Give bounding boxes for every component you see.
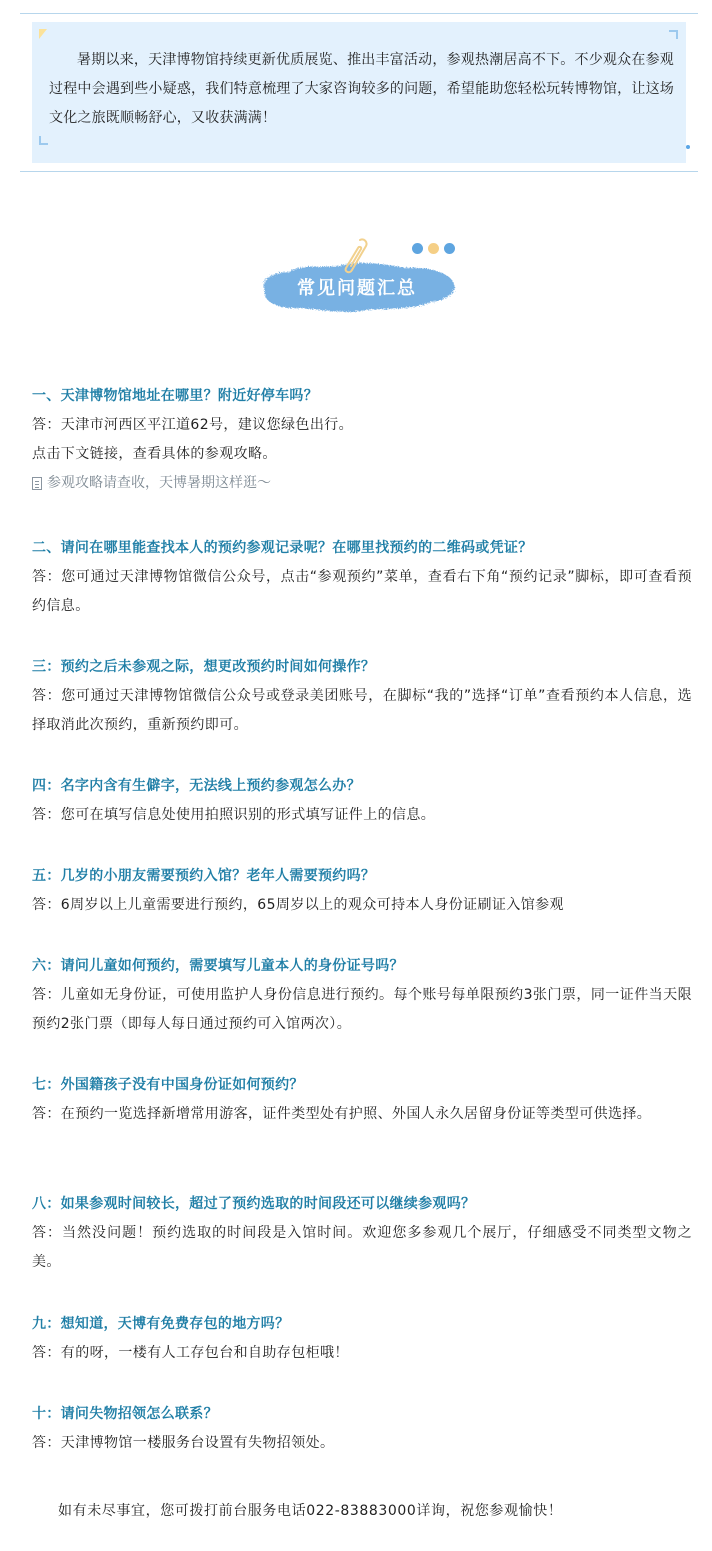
faq-item-4: 四：名字内含有生僻字，无法线上预约参观怎么办？ 答：您可在填写信息处使用拍照识别… xyxy=(32,776,692,830)
faq-item-9: 九：想知道，天博有免费存包的地方吗？ 答：有的呀，一楼有人工存包台和自助存包柜哦… xyxy=(32,1314,692,1368)
faq-item-5: 五：几岁的小朋友需要预约入馆？老年人需要预约吗？ 答：6周岁以上儿童需要进行预约… xyxy=(32,866,692,920)
corner-triangle-icon xyxy=(39,29,47,39)
faq-answer: 答：您可通过天津博物馆微信公众号，点击“参观预约”菜单，查看右下角“预约记录”脚… xyxy=(32,563,692,621)
section-title-banner: 常见问题汇总 xyxy=(252,232,462,322)
faq-question: 二、请问在哪里能查找本人的预约参观记录呢？在哪里找预约的二维码或凭证？ xyxy=(32,538,692,558)
decorative-dots xyxy=(412,243,455,254)
faq-answer: 答：天津博物馆一楼服务台设置有失物招领处。 xyxy=(32,1429,692,1458)
faq-question: 十：请问失物招领怎么联系？ xyxy=(32,1404,692,1424)
faq-answer: 答：6周岁以上儿童需要进行预约，65周岁以上的观众可持本人身份证刷证入馆参观 xyxy=(32,891,692,920)
dot-icon xyxy=(686,145,690,149)
guide-link[interactable]: 参观攻略请查收，天博暑期这样逛～ xyxy=(32,469,692,498)
faq-answer: 答：在预约一览选择新增常用游客，证件类型处有护照、外国人永久居留身份证等类型可供… xyxy=(32,1100,692,1129)
faq-item-3: 三：预约之后未参观之际，想更改预约时间如何操作？ 答：您可通过天津博物馆微信公众… xyxy=(32,657,692,740)
faq-question: 七：外国籍孩子没有中国身份证如何预约？ xyxy=(32,1075,692,1095)
intro-text: 暑期以来，天津博物馆持续更新优质展览、推出丰富活动，参观热潮居高不下。不少观众在… xyxy=(49,46,674,133)
intro-box: 暑期以来，天津博物馆持续更新优质展览、推出丰富活动，参观热潮居高不下。不少观众在… xyxy=(32,22,686,163)
faq-answer: 答：儿童如无身份证，可使用监护人身份信息进行预约。每个账号每单限预约3张门票，同… xyxy=(32,981,692,1039)
faq-question: 六：请问儿童如何预约，需要填写儿童本人的身份证号吗？ xyxy=(32,956,692,976)
divider-top xyxy=(20,13,698,14)
faq-item-7: 七：外国籍孩子没有中国身份证如何预约？ 答：在预约一览选择新增常用游客，证件类型… xyxy=(32,1075,692,1129)
corner-bracket-icon xyxy=(669,30,678,39)
faq-answer: 答：天津市河西区平江道62号，建议您绿色出行。 xyxy=(32,411,692,440)
faq-question: 五：几岁的小朋友需要预约入馆？老年人需要预约吗？ xyxy=(32,866,692,886)
faq-question: 一、天津博物馆地址在哪里？附近好停车吗？ xyxy=(32,386,692,406)
faq-answer: 答：当然没问题！预约选取的时间段是入馆时间。欢迎您多参观几个展厅，仔细感受不同类… xyxy=(32,1219,692,1277)
faq-answer: 答：您可通过天津博物馆微信公众号或登录美团账号，在脚标“我的”选择“订单”查看预… xyxy=(32,682,692,740)
corner-bracket-icon xyxy=(39,136,48,145)
divider-bottom xyxy=(20,171,698,172)
dot-icon xyxy=(412,243,423,254)
faq-item-6: 六：请问儿童如何预约，需要填写儿童本人的身份证号吗？ 答：儿童如无身份证，可使用… xyxy=(32,956,692,1039)
faq-answer: 答：有的呀，一楼有人工存包台和自助存包柜哦！ xyxy=(32,1339,692,1368)
faq-item-8: 八：如果参观时间较长，超过了预约选取的时间段还可以继续参观吗？ 答：当然没问题！… xyxy=(32,1194,692,1277)
faq-question: 九：想知道，天博有免费存包的地方吗？ xyxy=(32,1314,692,1334)
faq-item-2: 二、请问在哪里能查找本人的预约参观记录呢？在哪里找预约的二维码或凭证？ 答：您可… xyxy=(32,538,692,621)
guide-link-text[interactable]: 参观攻略请查收，天博暑期这样逛～ xyxy=(47,469,271,498)
faq-question: 四：名字内含有生僻字，无法线上预约参观怎么办？ xyxy=(32,776,692,796)
section-title: 常见问题汇总 xyxy=(252,274,462,300)
closing-note: 如有未尽事宜，您可拨打前台服务电话022-83883000详询，祝您参观愉快！ xyxy=(58,1500,562,1520)
faq-item-1: 一、天津博物馆地址在哪里？附近好停车吗？ 答：天津市河西区平江道62号，建议您绿… xyxy=(32,386,692,498)
intro-section: 暑期以来，天津博物馆持续更新优质展览、推出丰富活动，参观热潮居高不下。不少观众在… xyxy=(20,13,698,173)
paperclip-icon xyxy=(340,236,370,276)
dot-icon xyxy=(444,243,455,254)
faq-item-10: 十：请问失物招领怎么联系？ 答：天津博物馆一楼服务台设置有失物招领处。 xyxy=(32,1404,692,1458)
dot-icon xyxy=(428,243,439,254)
document-icon xyxy=(32,477,42,490)
faq-question: 八：如果参观时间较长，超过了预约选取的时间段还可以继续参观吗？ xyxy=(32,1194,692,1214)
faq-answer: 点击下文链接，查看具体的参观攻略。 xyxy=(32,440,692,469)
faq-question: 三：预约之后未参观之际，想更改预约时间如何操作？ xyxy=(32,657,692,677)
faq-answer: 答：您可在填写信息处使用拍照识别的形式填写证件上的信息。 xyxy=(32,801,692,830)
